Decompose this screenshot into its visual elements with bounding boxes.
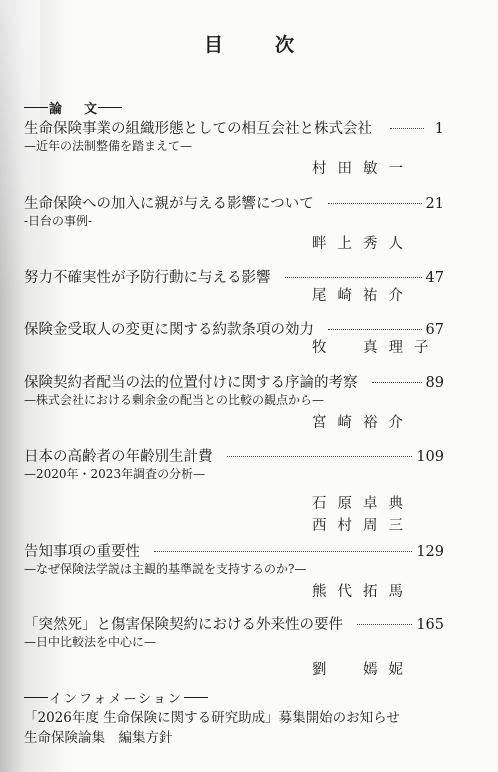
entry-subtitle: -日台の事例- [24,213,444,229]
heading-dash-right [184,697,208,699]
dot-leader [227,456,413,457]
page-number: 89 [426,375,444,391]
toc-entry-line: 保険契約者配当の法的位置付けに関する序論的考察 89 [24,371,444,391]
entry-author: 熊代拓馬 [312,582,432,603]
toc-entry-line: 告知事項の重要性 129 [24,540,444,560]
toc-entry[interactable]: 努力不確実性が予防行動に与える影響 47 尾崎祐介 [24,266,444,307]
page-number: 129 [416,544,444,560]
section-heading-label: インフォメーション [49,688,183,707]
toc-entry[interactable]: 生命保険への加入に親が与える影響について 21 -日台の事例- 畔上秀人 [24,192,444,255]
dot-leader [328,203,422,204]
page-number: 109 [416,449,444,465]
entry-subtitle: —株式会社における剰余金の配当との比較の観点から— [24,392,444,408]
entry-subtitle: —近年の法制整備を踏まえて— [24,138,444,154]
entry-title[interactable]: 告知事項の重要性 [24,540,140,561]
dot-leader [285,277,422,278]
toc-entry[interactable]: 生命保険事業の組織形態としての相互会社と株式会社 1 —近年の法制整備を踏まえて… [24,117,444,180]
entry-subtitle: —2020年・2023年調査の分析— [24,466,444,482]
heading-dash-left [24,107,48,109]
section-heading-papers: 論文 [24,98,122,117]
dot-leader [390,128,424,129]
page-number: 165 [416,617,444,633]
entry-author: 宮崎裕介 [312,413,432,434]
toc-entry-line: 日本の高齢者の年齢別生計費 109 [24,445,444,465]
entry-title[interactable]: 日本の高齢者の年齢別生計費 [24,445,213,466]
entry-author: 劉 嫣妮 [312,660,432,681]
entry-author: 牧 真理子 [312,338,432,359]
dot-leader [328,329,422,330]
toc-entry[interactable]: 保険契約者配当の法的位置付けに関する序論的考察 89 —株式会社における剰余金の… [24,371,444,434]
toc-entry-line: 生命保険事業の組織形態としての相互会社と株式会社 1 [24,117,444,137]
entry-author: 西村周三 [312,516,432,537]
dot-leader [154,551,412,552]
dot-leader [357,624,412,625]
toc-entry-line: 生命保険への加入に親が与える影響について 21 [24,192,444,212]
entry-title[interactable]: 生命保険事業の組織形態としての相互会社と株式会社 [24,117,372,138]
page-number: 47 [426,270,444,286]
info-item-research-grant[interactable]: 「2026年度 生命保険に関する研究助成」募集開始のお知らせ [24,706,400,726]
entry-title[interactable]: 保険金受取人の変更に関する約款条項の効力 [24,318,314,339]
page-title: 目次 [0,30,498,57]
page-number: 1 [428,121,444,137]
toc-entry[interactable]: 日本の高齢者の年齢別生計費 109 —2020年・2023年調査の分析— 石原卓… [24,445,444,537]
page-number: 67 [426,322,444,338]
toc-entry-line: 努力不確実性が予防行動に与える影響 47 [24,266,444,286]
entry-author: 村田敏一 [312,159,432,180]
toc-entry[interactable]: 保険金受取人の変更に関する約款条項の効力 67 牧 真理子 [24,318,444,359]
entry-author: 畔上秀人 [312,234,432,255]
page-number: 21 [426,196,444,212]
toc-entry-line: 保険金受取人の変更に関する約款条項の効力 67 [24,318,444,338]
entry-title[interactable]: 努力不確実性が予防行動に与える影響 [24,266,271,287]
entry-author: 石原卓典 [312,494,432,515]
entry-title[interactable]: 「突然死」と傷害保険契約における外来性の要件 [24,613,343,634]
section-heading-information: インフォメーション [24,688,208,707]
entry-subtitle: —なぜ保険法学説は主観的基準説を支持するのか?— [24,561,444,577]
dot-leader [372,382,422,383]
entry-title[interactable]: 保険契約者配当の法的位置付けに関する序論的考察 [24,371,358,392]
toc-entry[interactable]: 「突然死」と傷害保険契約における外来性の要件 165 —日中比較法を中心に— 劉… [24,613,444,681]
toc-entry-line: 「突然死」と傷害保険契約における外来性の要件 165 [24,613,444,633]
entry-subtitle: —日中比較法を中心に— [24,634,444,650]
heading-dash-left [24,697,48,699]
heading-dash-right [98,107,122,109]
info-item-editorial-policy[interactable]: 生命保険論集 編集方針 [24,726,173,746]
entry-author: 尾崎祐介 [312,286,432,307]
entry-title[interactable]: 生命保険への加入に親が与える影響について [24,192,314,213]
toc-entry[interactable]: 告知事項の重要性 129 —なぜ保険法学説は主観的基準説を支持するのか?— 熊代… [24,540,444,603]
